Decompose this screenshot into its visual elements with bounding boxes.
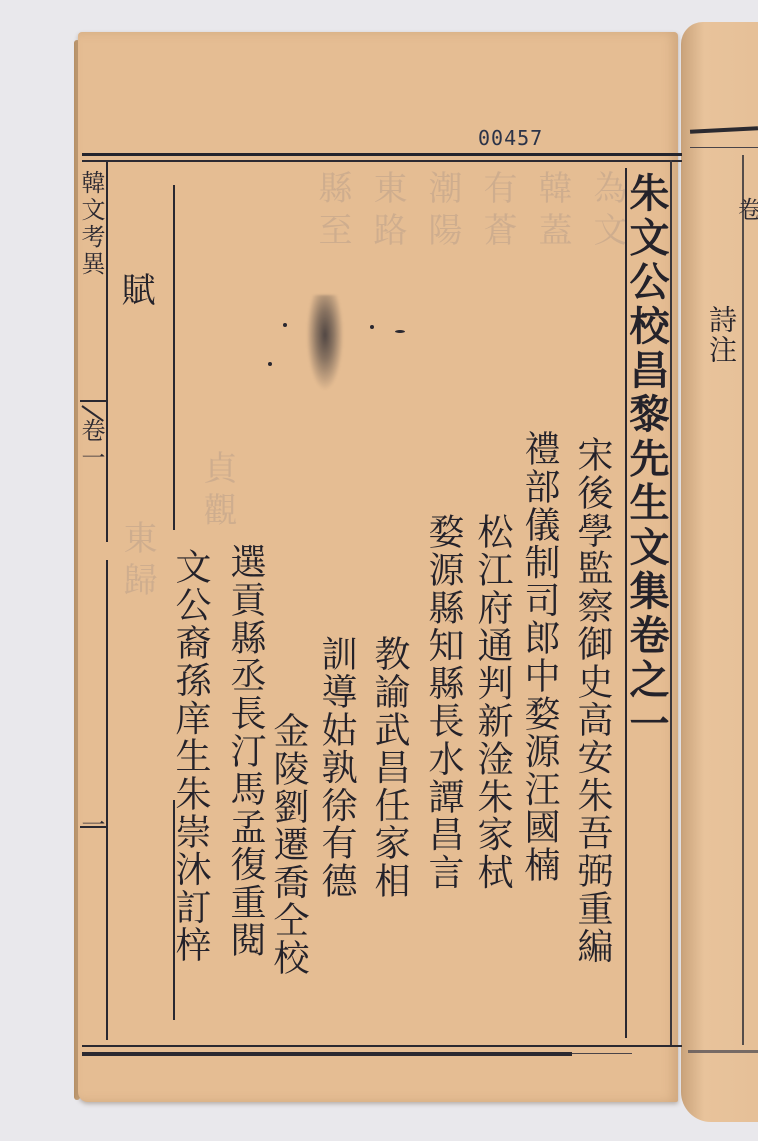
bleed-through-text: 貞觀 (200, 450, 234, 534)
fishtail-rule (80, 400, 108, 402)
bleed-through-text: 韓蓋 (535, 170, 569, 254)
adjacent-page-top-char: 卷 (738, 190, 758, 225)
bleed-through-text: 縣至 (315, 170, 349, 254)
genre-heading: 賦 (118, 272, 152, 306)
margin-book-title: 韓文考異 (79, 170, 103, 278)
credit-column: 松江府通判新淦朱家栻 (474, 513, 510, 891)
adjacent-page-top-rule-thin (690, 147, 758, 148)
margin-column-line (106, 162, 108, 542)
bleed-through-text: 為文 (590, 170, 624, 254)
adjacent-page-bottom-rule (688, 1050, 758, 1053)
margin-leaf-number: 一 (79, 812, 103, 839)
volume-title: 朱文公校昌黎先生文集卷之一 (626, 172, 666, 747)
credit-column: 文公裔孫庠生朱崇沐訂梓 (172, 548, 208, 964)
ink-speck (370, 325, 374, 329)
bleed-through-text: 有蒼 (480, 170, 514, 254)
credit-column: 禮部儀制司郎中婺源汪國楠 (521, 430, 557, 884)
ink-speck (395, 330, 405, 333)
ink-speck (283, 323, 287, 327)
top-border-rule-inner (82, 160, 682, 162)
ink-speck (268, 362, 272, 366)
credit-column: 宋後學監察御史高安朱吾弼重編 (574, 436, 610, 965)
margin-volume: 卷一 (79, 418, 103, 472)
genre-column-line (173, 185, 175, 530)
adjacent-page-margin-label: 詩注 (695, 305, 735, 365)
adjacent-page (681, 22, 758, 1122)
top-border-rule (82, 153, 682, 156)
bleed-through-text: 東路 (370, 170, 404, 254)
credit-column: 選貢縣丞長汀馬孟復重閱 (227, 543, 263, 959)
bottom-border-rule (82, 1045, 682, 1047)
credit-column: 訓導姑孰徐有德 (318, 635, 354, 900)
page-number-stamp: 00457 (478, 126, 543, 150)
adjacent-page-column-line (742, 155, 744, 1045)
margin-column-line-lower (106, 560, 108, 1040)
credit-column: 教諭武昌任家相 (371, 635, 407, 900)
credit-column: 婺源縣知縣長水譚昌言 (425, 513, 461, 891)
right-border-line (670, 160, 672, 1045)
bleed-through-text: 潮陽 (425, 170, 459, 254)
bottom-border-rule-thick (82, 1052, 572, 1056)
credit-column: 金陵劉遷喬仝校 (270, 712, 306, 977)
bleed-through-text: 東歸 (120, 520, 154, 604)
bottom-border-rule-faint (572, 1053, 632, 1054)
ink-stain (305, 295, 345, 395)
